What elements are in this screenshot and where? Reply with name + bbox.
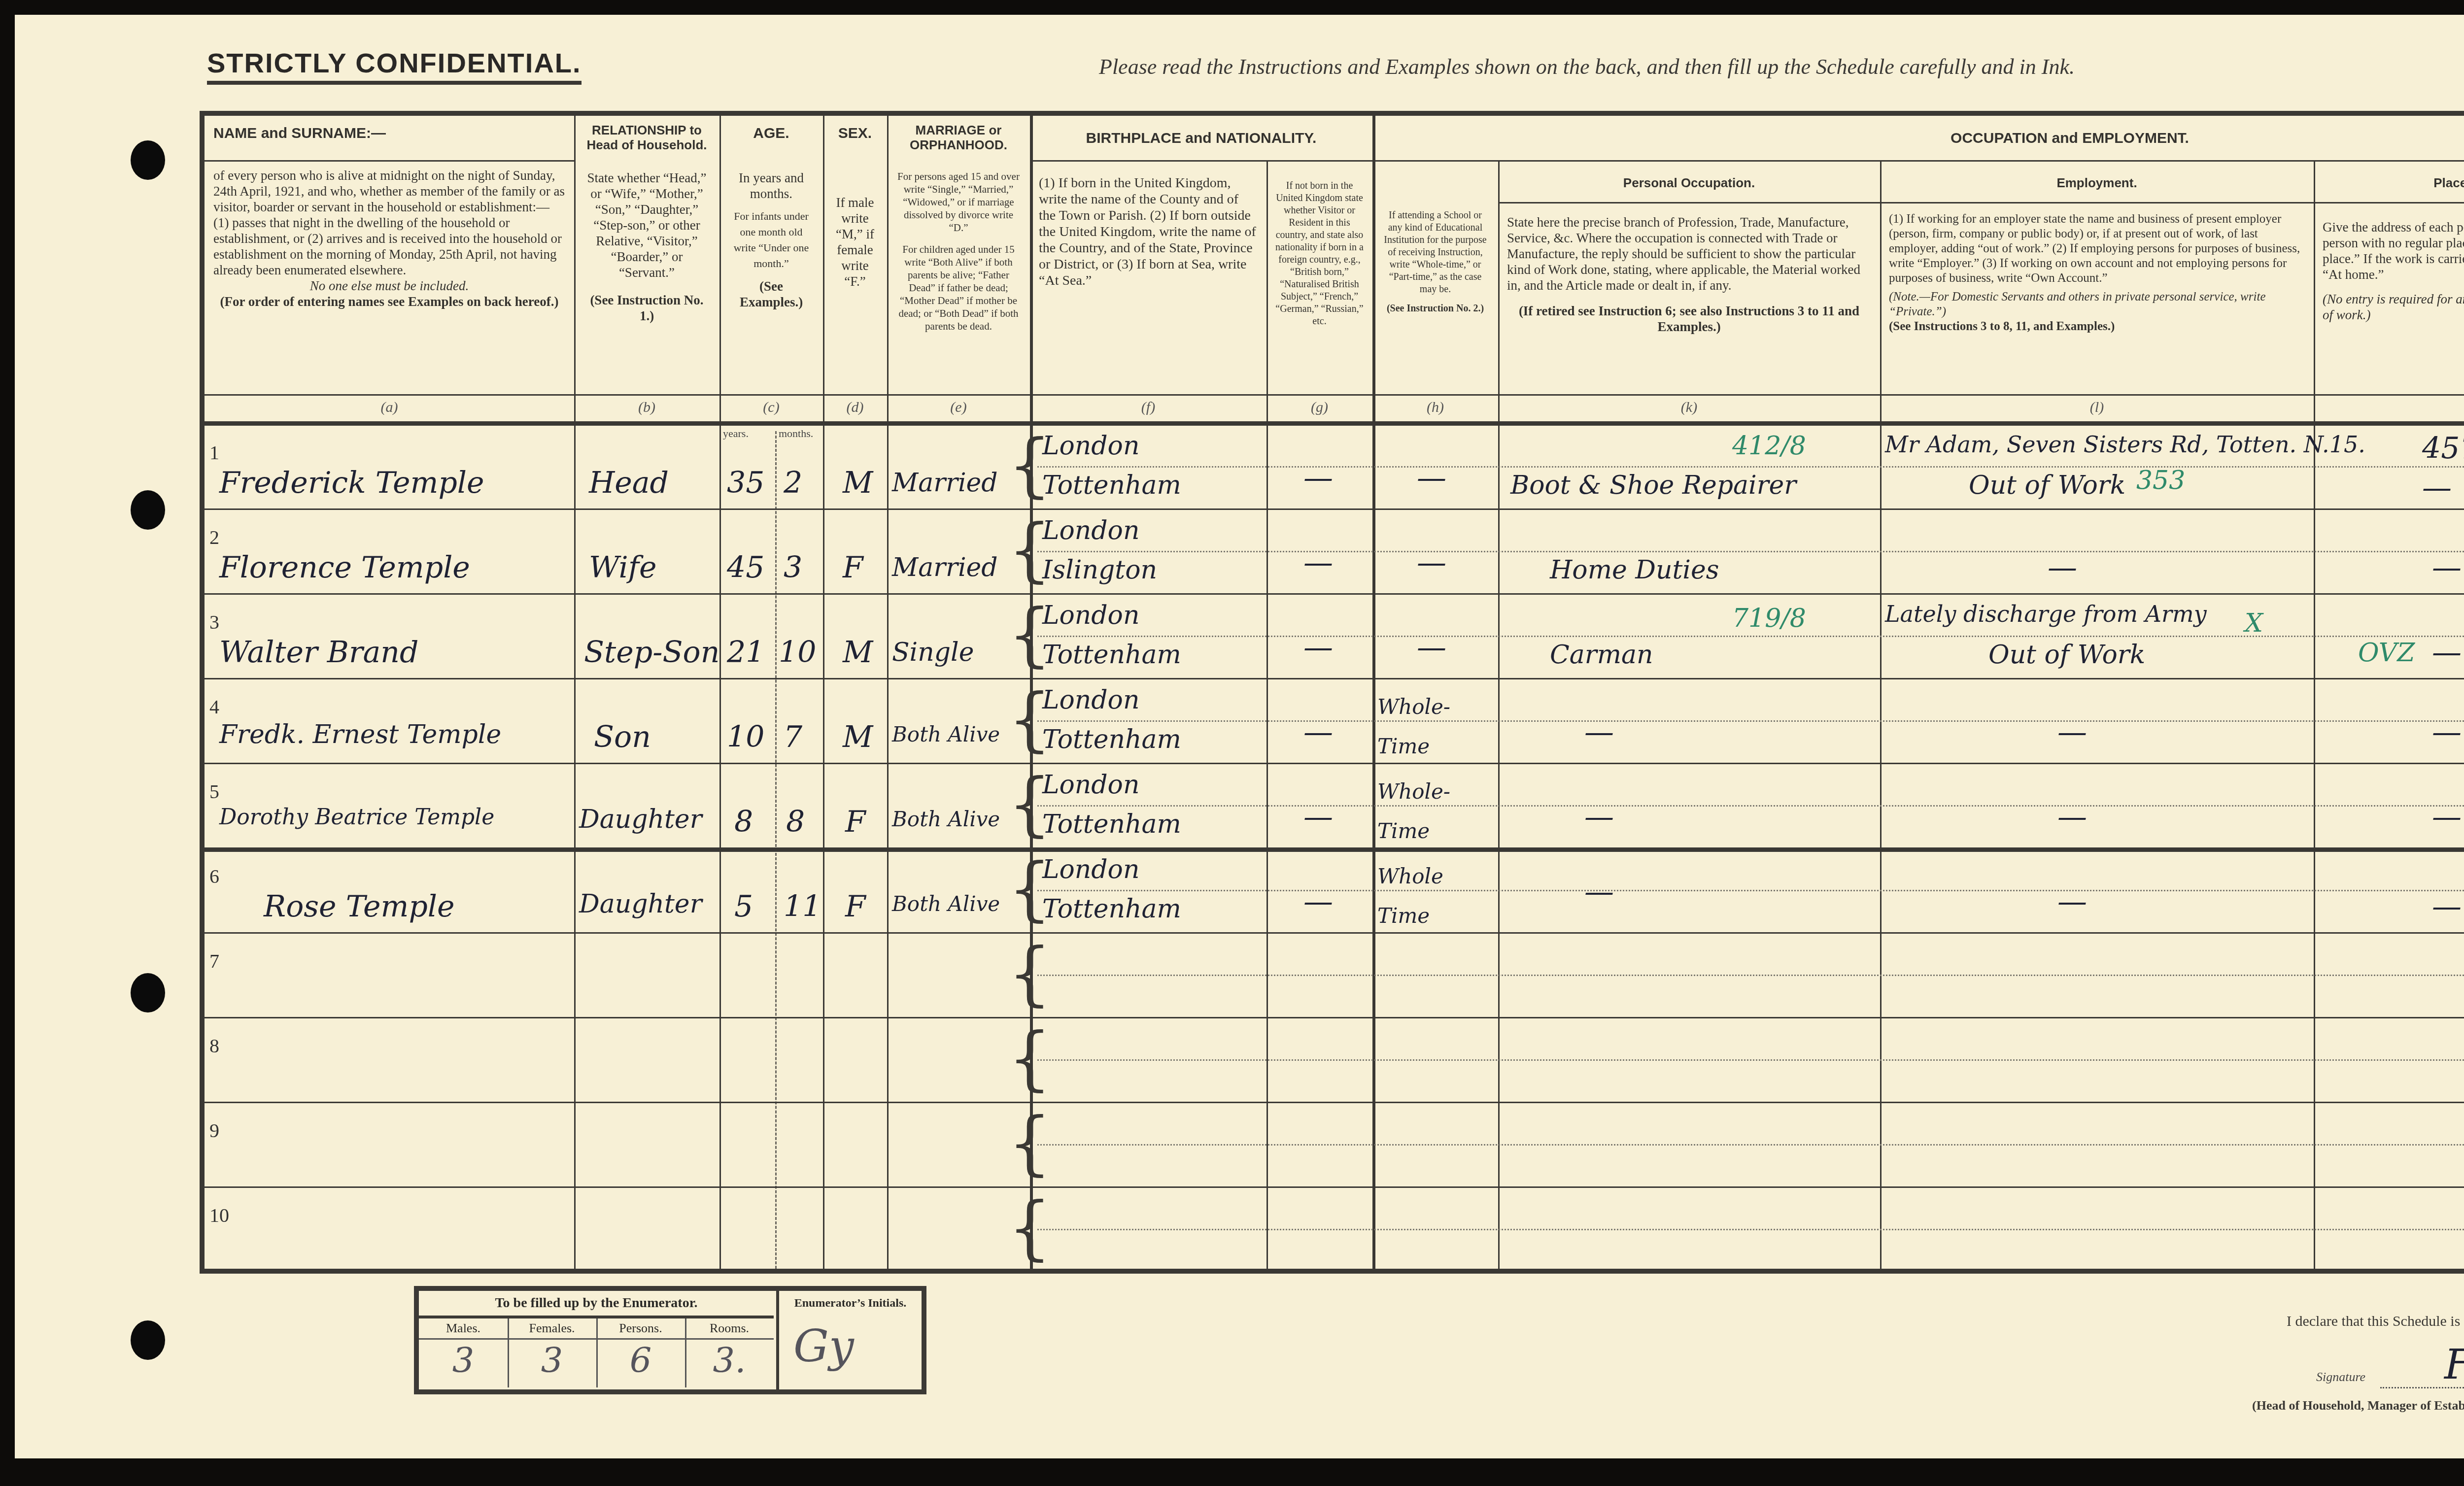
- row-4-birthplace-town[interactable]: Tottenham: [1042, 725, 1181, 754]
- header-personal-occupation-title: Personal Occupation.: [1498, 170, 1880, 196]
- persons-value[interactable]: 6: [596, 1340, 685, 1389]
- age-years-sublabel: years.: [723, 427, 749, 440]
- row-6-name[interactable]: Rose Temple: [264, 889, 455, 924]
- punch-hole-4: [131, 1320, 165, 1360]
- header-name-note: (For order of entering names see Example…: [213, 294, 565, 309]
- row-number-5: 5: [209, 780, 219, 803]
- row-1-marriage[interactable]: Married: [892, 468, 998, 498]
- row-1-employment-code: 353: [2136, 466, 2185, 495]
- row-3-employment-code: X: [2245, 608, 2263, 638]
- signature-field[interactable]: Frederick Temple: [2444, 1340, 2464, 1388]
- header-relationship-instructions: State whether “Head,” or “Wife,” “Mother…: [587, 170, 706, 280]
- header-name-body: of every person who is alive at midnight…: [205, 163, 574, 314]
- column-label-m: (m): [2314, 399, 2464, 416]
- enumerator-summary-box: To be filled up by the Enumerator. Males…: [414, 1286, 926, 1394]
- row-number-9: 9: [209, 1119, 219, 1142]
- row-2-nationality[interactable]: —: [1303, 545, 1333, 580]
- header-name-instructions: of every person who is alive at midnight…: [213, 168, 565, 277]
- header-marriage-adults: For persons aged 15 and over write “Sing…: [896, 170, 1021, 234]
- column-label-a: (a): [205, 399, 574, 416]
- row-4-name[interactable]: Fredk. Ernest Temple: [219, 720, 501, 749]
- row-3-birthplace-county[interactable]: London: [1042, 601, 1139, 630]
- row-3-nationality[interactable]: —: [1303, 630, 1333, 665]
- row-3-occupation[interactable]: Carman: [1550, 640, 1653, 670]
- row-1-industry-code: 4570/05: [2422, 431, 2464, 466]
- row-6-sex[interactable]: F: [845, 889, 866, 924]
- header-marriage-children: For children aged under 15 write “Both A…: [896, 243, 1021, 333]
- header-relationship-body: State whether “Head,” or “Wife,” “Mother…: [574, 165, 719, 329]
- column-label-e: (e): [887, 399, 1030, 416]
- row-6-birthplace-county[interactable]: London: [1042, 855, 1139, 884]
- header-nationality-body: If not born in the United Kingdom state …: [1266, 175, 1372, 333]
- column-label-d: (d): [823, 399, 887, 416]
- row-2-relationship[interactable]: Wife: [589, 550, 657, 585]
- females-value[interactable]: 3: [508, 1340, 596, 1389]
- row-1-age-months[interactable]: 2: [784, 466, 802, 500]
- row-2-birthplace-county[interactable]: London: [1042, 516, 1139, 545]
- row-2-birthplace-town[interactable]: Islington: [1042, 555, 1157, 585]
- row-number-1: 1: [209, 441, 219, 464]
- row-2-age-years[interactable]: 45: [727, 550, 764, 585]
- row-3-employment[interactable]: Lately discharge from Army: [1885, 601, 2207, 627]
- header-birthplace-group: BIRTHPLACE and NATIONALITY.: [1030, 126, 1372, 151]
- row-1-occupation[interactable]: Boot & Shoe Repairer: [1510, 471, 1796, 500]
- row-4-relationship[interactable]: Son: [594, 720, 651, 754]
- row-5-occupation[interactable]: —: [1584, 800, 1614, 834]
- row-4-age-months[interactable]: 7: [784, 720, 802, 754]
- header-name-title: NAME and SURNAME:—: [205, 121, 574, 146]
- signature-note: (Head of Household, Manager of Establish…: [2252, 1398, 2464, 1413]
- row-2-place-of-work[interactable]: —: [2432, 550, 2462, 585]
- males-value[interactable]: 3: [419, 1340, 508, 1389]
- header-birthplace-body: (1) If born in the United Kingdom, write…: [1030, 170, 1266, 294]
- row-4-nationality[interactable]: —: [1303, 715, 1333, 749]
- row-6-occupation[interactable]: —: [1584, 875, 1614, 909]
- row-5-relationship[interactable]: Daughter: [579, 805, 702, 834]
- row-4-employment[interactable]: —: [2057, 715, 2087, 749]
- household-schedule-table: NAME and SURNAME:— of every person who i…: [200, 111, 2464, 1274]
- row-4-age-years[interactable]: 10: [727, 720, 764, 754]
- declaration-text: I declare that this Schedule is correctl…: [2287, 1313, 2464, 1330]
- row-6-place-of-work[interactable]: —: [2432, 889, 2462, 924]
- row-3-name[interactable]: Walter Brand: [219, 635, 418, 670]
- row-1-occupation-code: 412/8: [1732, 431, 1806, 461]
- header-place-of-work-instructions: Give the address of each person’s place …: [2323, 220, 2464, 282]
- row-6-age-months[interactable]: 11: [784, 889, 821, 924]
- row-5-nationality[interactable]: —: [1303, 800, 1333, 834]
- row-5-age-months[interactable]: 8: [786, 805, 805, 839]
- enumerator-initials-value[interactable]: Gy: [793, 1320, 854, 1372]
- row-1-sex[interactable]: M: [843, 466, 873, 500]
- row-1-relationship[interactable]: Head: [589, 466, 669, 500]
- header-personal-occupation-body: State here the precise branch of Profess…: [1498, 209, 1880, 339]
- header-occupation-note: (If retired see Instruction 6; see also …: [1507, 303, 1871, 335]
- row-number-10: 10: [209, 1204, 229, 1227]
- row-3-age-months[interactable]: 10: [779, 635, 816, 670]
- persons-label: Persons.: [596, 1318, 685, 1340]
- header-place-of-work-title: Place of Work.: [2314, 170, 2464, 196]
- column-label-f: (f): [1030, 399, 1266, 416]
- header-occupation-group: OCCUPATION and EMPLOYMENT.: [1498, 126, 2464, 151]
- row-3-industry-code: OVZ: [2358, 638, 2415, 668]
- header-place-of-work-body: Give the address of each person’s place …: [2314, 214, 2464, 328]
- header-employment-note: (See Instructions 3 to 8, 11, and Exampl…: [1889, 319, 2305, 334]
- row-5-place-of-work[interactable]: —: [2432, 800, 2462, 834]
- header-marriage-title: MARRIAGE or ORPHANHOOD.: [887, 118, 1030, 157]
- row-3-place-of-work[interactable]: —: [2432, 635, 2462, 670]
- header-name-note-italic: No one else must be included.: [213, 278, 565, 294]
- header-age-infants: For infants under one month old write “U…: [728, 208, 814, 271]
- row-1-nationality[interactable]: —: [1303, 461, 1333, 495]
- column-label-c: (c): [719, 399, 823, 416]
- row-3-employment-line2[interactable]: Out of Work: [1988, 640, 2145, 670]
- row-3-age-years[interactable]: 21: [727, 635, 764, 670]
- row-2-age-months[interactable]: 3: [784, 550, 802, 585]
- column-label-b: (b): [574, 399, 719, 416]
- column-label-k: (k): [1498, 399, 1880, 416]
- header-school-note: (See Instruction No. 2.): [1381, 303, 1489, 315]
- header-school-body: If attending a School or any kind of Edu…: [1372, 204, 1498, 320]
- header-occupation-instructions: State here the precise branch of Profess…: [1507, 215, 1860, 293]
- row-2-school[interactable]: —: [1417, 545, 1446, 580]
- row-1-employment-line2[interactable]: Out of Work: [1969, 471, 2125, 500]
- confidential-label: STRICTLY CONFIDENTIAL.: [207, 47, 582, 85]
- row-6-birthplace-town[interactable]: Tottenham: [1042, 894, 1181, 924]
- row-1-name[interactable]: Frederick Temple: [219, 466, 484, 500]
- row-6-relationship[interactable]: Daughter: [579, 889, 702, 919]
- row-number-6: 6: [209, 865, 219, 888]
- column-label-l: (l): [1880, 399, 2314, 416]
- row-6-nationality[interactable]: —: [1303, 884, 1333, 919]
- row-3-birthplace-town[interactable]: Tottenham: [1042, 640, 1181, 670]
- column-label-h: (h): [1372, 399, 1498, 416]
- row-6-marriage[interactable]: Both Alive: [892, 892, 1000, 916]
- row-5-school[interactable]: Whole-Time: [1377, 772, 1491, 851]
- header-age-body: In years and months. For infants under o…: [719, 165, 823, 315]
- header-age-title: AGE.: [719, 121, 823, 146]
- column-label-g: (g): [1266, 399, 1372, 416]
- row-2-occupation[interactable]: Home Duties: [1550, 555, 1719, 585]
- header-marriage-body: For persons aged 15 and over write “Sing…: [887, 165, 1030, 338]
- row-3-marriage[interactable]: Single: [892, 638, 974, 667]
- row-4-school[interactable]: Whole-Time: [1377, 687, 1491, 766]
- row-4-marriage[interactable]: Both Alive: [892, 722, 1000, 746]
- females-label: Females.: [508, 1318, 596, 1340]
- header-relationship-note: (See Instruction No. 1.): [583, 292, 711, 324]
- rooms-value[interactable]: 3.: [685, 1340, 774, 1389]
- row-4-sex[interactable]: M: [843, 720, 873, 754]
- header-employment-body: (1) If working for an employer state the…: [1880, 207, 2314, 339]
- row-5-birthplace-county[interactable]: London: [1042, 770, 1139, 800]
- punch-hole-1: [131, 140, 165, 180]
- row-5-sex[interactable]: F: [845, 805, 866, 839]
- row-1-school[interactable]: —: [1417, 461, 1446, 495]
- males-label: Males.: [419, 1318, 508, 1340]
- age-months-sublabel: months.: [779, 427, 813, 440]
- row-5-name[interactable]: Dorothy Beatrice Temple: [219, 805, 494, 830]
- top-instructions: Please read the Instructions and Example…: [1099, 54, 2075, 79]
- header-sex-title: SEX.: [823, 121, 887, 146]
- row-4-place-of-work[interactable]: —: [2432, 715, 2462, 749]
- row-4-occupation[interactable]: —: [1584, 715, 1614, 749]
- header-school-instructions: If attending a School or any kind of Edu…: [1384, 210, 1486, 295]
- header-employment-note-italic: (Note.—For Domestic Servants and others …: [1889, 290, 2305, 319]
- row-5-marriage[interactable]: Both Alive: [892, 807, 1000, 831]
- header-age-note: (See Examples.): [728, 278, 814, 310]
- header-sex-body: If male write “M,” if female write “F.”: [823, 190, 887, 294]
- row-4-birthplace-county[interactable]: London: [1042, 685, 1139, 715]
- punch-hole-2: [131, 490, 165, 530]
- header-age-instructions: In years and months.: [728, 170, 814, 202]
- row-number-7: 7: [209, 949, 219, 973]
- row-number-4: 4: [209, 695, 219, 718]
- row-2-marriage[interactable]: Married: [892, 553, 998, 582]
- row-3-relationship[interactable]: Step-Son: [584, 635, 719, 670]
- row-6-school[interactable]: Whole Time: [1377, 857, 1491, 936]
- row-2-employment[interactable]: —: [2048, 550, 2077, 585]
- row-5-age-years[interactable]: 8: [734, 805, 753, 839]
- row-number-2: 2: [209, 526, 219, 549]
- row-1-birthplace-county[interactable]: London: [1042, 431, 1139, 461]
- row-1-employment[interactable]: Mr Adam, Seven Sisters Rd, Totten. N.15.: [1885, 431, 2365, 458]
- rooms-label: Rooms.: [685, 1318, 774, 1340]
- punch-hole-3: [131, 973, 165, 1013]
- signature-label: Signature: [2316, 1370, 2365, 1385]
- row-5-employment[interactable]: —: [2057, 800, 2087, 834]
- row-6-employment[interactable]: —: [2057, 884, 2087, 919]
- row-number-8: 8: [209, 1034, 219, 1057]
- row-1-birthplace-town[interactable]: Tottenham: [1042, 471, 1181, 500]
- row-2-name[interactable]: Florence Temple: [219, 550, 470, 585]
- row-6-age-years[interactable]: 5: [734, 889, 753, 924]
- row-5-birthplace-town[interactable]: Tottenham: [1042, 810, 1181, 839]
- header-employment-title: Employment.: [1880, 170, 2314, 196]
- row-2-sex[interactable]: F: [843, 550, 863, 585]
- row-1-age-years[interactable]: 35: [727, 466, 764, 500]
- row-number-3: 3: [209, 610, 219, 634]
- header-relationship-title: RELATIONSHIP to Head of Household.: [574, 118, 719, 157]
- row-3-school[interactable]: —: [1417, 630, 1446, 665]
- row-3-occupation-code: 719/8: [1732, 604, 1806, 633]
- row-1-place-of-work[interactable]: —: [2422, 471, 2452, 505]
- header-employment-instructions: (1) If working for an employer state the…: [1889, 212, 2300, 285]
- header-place-of-work-note: (No entry is required for any person who…: [2323, 291, 2464, 323]
- enumerator-box-title: To be filled up by the Enumerator.: [419, 1291, 774, 1318]
- row-3-sex[interactable]: M: [843, 635, 873, 670]
